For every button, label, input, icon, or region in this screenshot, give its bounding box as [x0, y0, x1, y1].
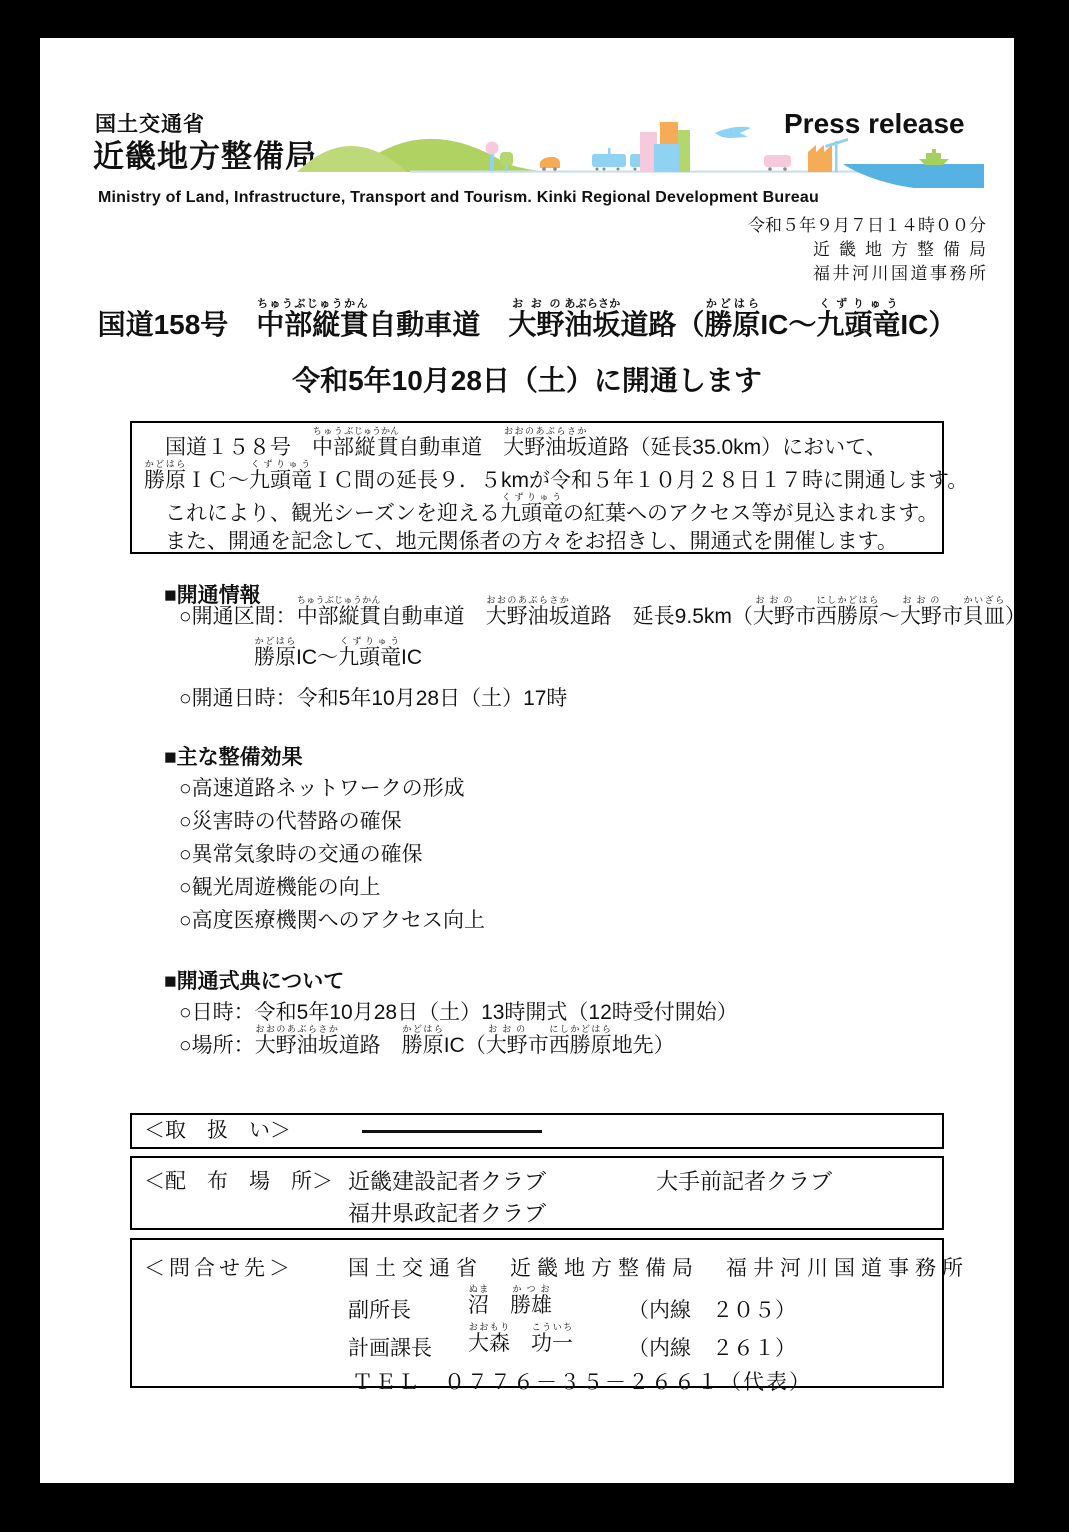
release-meta-block: 令和５年９月７日１４時００分 近畿地方整備局 福井河川国道事務所 [748, 214, 986, 286]
summary-line: 勝原かどはらＩＣ～九頭竜くずりゅうＩＣ間の延長９．５kmが令和５年１０月２８日１… [144, 459, 934, 492]
press-club-name: 近畿建設記者クラブ [348, 1165, 546, 1196]
train-icon [634, 168, 637, 171]
press-club-name: 福井県政記者クラブ [348, 1197, 546, 1228]
document-title-line1: 国道158号 中部縦貫ちゅうぶじゅうかん自動車道 大野おおの油坂あぶらさか道路（… [40, 298, 1014, 343]
contact-person-name: 沼ぬま 勝雄かつお [468, 1284, 552, 1319]
train-icon [617, 168, 620, 171]
effects-item: ○高速道路ネットワークの形成 [179, 772, 485, 805]
effects-item: ○観光周遊機能の向上 [179, 871, 485, 904]
opening-segment-line: ○開通区間：中部縦貫ちゅうぶじゅうかん自動車道 大野油坂おおのあぶらさか道路 延… [179, 595, 1014, 630]
car-icon [542, 167, 546, 171]
train-icon [592, 154, 626, 167]
handling-label: ＜取 扱 い＞ [144, 1115, 291, 1147]
contact-label: ＜問合せ先＞ [144, 1252, 294, 1282]
distribution-box: ＜配 布 場 所＞ 近畿建設記者クラブ 大手前記者クラブ 福井県政記者クラブ [130, 1156, 944, 1230]
ship-icon [926, 153, 941, 159]
press-release-page: 国土交通省 近畿地方整備局 [40, 38, 1014, 1483]
contact-person-title: 副所長 [348, 1294, 411, 1324]
truck-icon [768, 167, 772, 171]
contact-box: ＜問合せ先＞ 国土交通省 近畿地方整備局 福井河川国道事務所 副所長 沼ぬま 勝… [130, 1238, 944, 1388]
ceremony-datetime-line: ○日時：令和5年10月28日（土）13時開式（12時受付開始） [179, 996, 738, 1026]
opening-segment-line2: 勝原かどはらIC～九頭竜くずりゅうIC [254, 636, 422, 671]
section-heading-ceremony: ■開通式典について [164, 965, 344, 995]
truck-icon [783, 167, 787, 171]
tree-icon [490, 154, 494, 171]
press-release-label: Press release [784, 108, 965, 140]
car-icon [540, 157, 560, 168]
opening-datetime-line: ○開通日時：令和5年10月28日（土）17時 [179, 682, 567, 712]
english-caption: Ministry of Land, Infrastructure, Transp… [98, 189, 819, 207]
effects-item: ○災害時の代替路の確保 [179, 805, 485, 838]
summary-line: これにより、観光シーズンを迎える九頭竜くずりゅうの紅葉へのアクセス等が見込まれま… [144, 492, 934, 525]
train-icon [608, 148, 611, 154]
handling-box: ＜取 扱 い＞ [130, 1113, 944, 1149]
crane-icon [835, 141, 838, 172]
press-club-name: 大手前記者クラブ [656, 1165, 832, 1196]
summary-line: 国道１５８号 中部ちゅうぶ縦貫じゅうかん自動車道 大野油坂おおのあぶらさか道路（… [144, 426, 934, 459]
train-icon [603, 168, 606, 171]
distribution-label: ＜配 布 場 所＞ [144, 1165, 333, 1195]
tree-icon [500, 152, 513, 166]
building-icon [678, 130, 690, 172]
summary-line: また、開通を記念して、地元関係者の方々をお招きし、開通式を開催します。 [144, 525, 934, 558]
release-bureau: 近畿地方整備局 [748, 238, 986, 262]
car-icon [553, 167, 557, 171]
water-shape [843, 164, 984, 188]
effects-item: ○異常気象時の交通の確保 [179, 838, 485, 871]
document-title-line2: 令和5年10月28日（土）に開通します [40, 359, 1014, 399]
factory-icon [808, 145, 832, 172]
effects-list: ○高速道路ネットワークの形成 ○災害時の代替路の確保 ○異常気象時の交通の確保 … [179, 772, 485, 937]
contact-organization: 国土交通省 近畿地方整備局 福井河川国道事務所 [348, 1252, 969, 1282]
bureau-name: 近畿地方整備局 [93, 131, 317, 176]
tree-icon [486, 142, 499, 155]
release-office: 福井河川国道事務所 [748, 262, 986, 286]
contact-person-name: 大森おおもり 功一こういち [468, 1322, 573, 1357]
summary-box: 国道１５８号 中部ちゅうぶ縦貫じゅうかん自動車道 大野油坂おおのあぶらさか道路（… [130, 421, 944, 554]
release-datetime: 令和５年９月７日１４時００分 [748, 214, 986, 238]
handling-strike-line [362, 1130, 542, 1133]
contact-person-title: 計画課長 [348, 1332, 432, 1362]
contact-person-extension: （内線 ２６１） [628, 1332, 796, 1362]
airplane-icon [715, 127, 751, 138]
truck-icon [764, 155, 791, 167]
contact-person-extension: （内線 ２０５） [628, 1294, 796, 1324]
section-heading-effects: ■主な整備効果 [164, 741, 303, 771]
contact-telephone: ＴＥＬ ０７７６－３５－２６６１（代表） [352, 1366, 812, 1396]
effects-item: ○高度医療機関へのアクセス向上 [179, 904, 485, 937]
building-icon [654, 144, 679, 172]
ceremony-place-line: ○場所：大野油坂おおのあぶらさか道路 勝原かどはらIC（大野おおの市西勝原にしか… [179, 1024, 675, 1059]
train-icon [596, 168, 599, 171]
